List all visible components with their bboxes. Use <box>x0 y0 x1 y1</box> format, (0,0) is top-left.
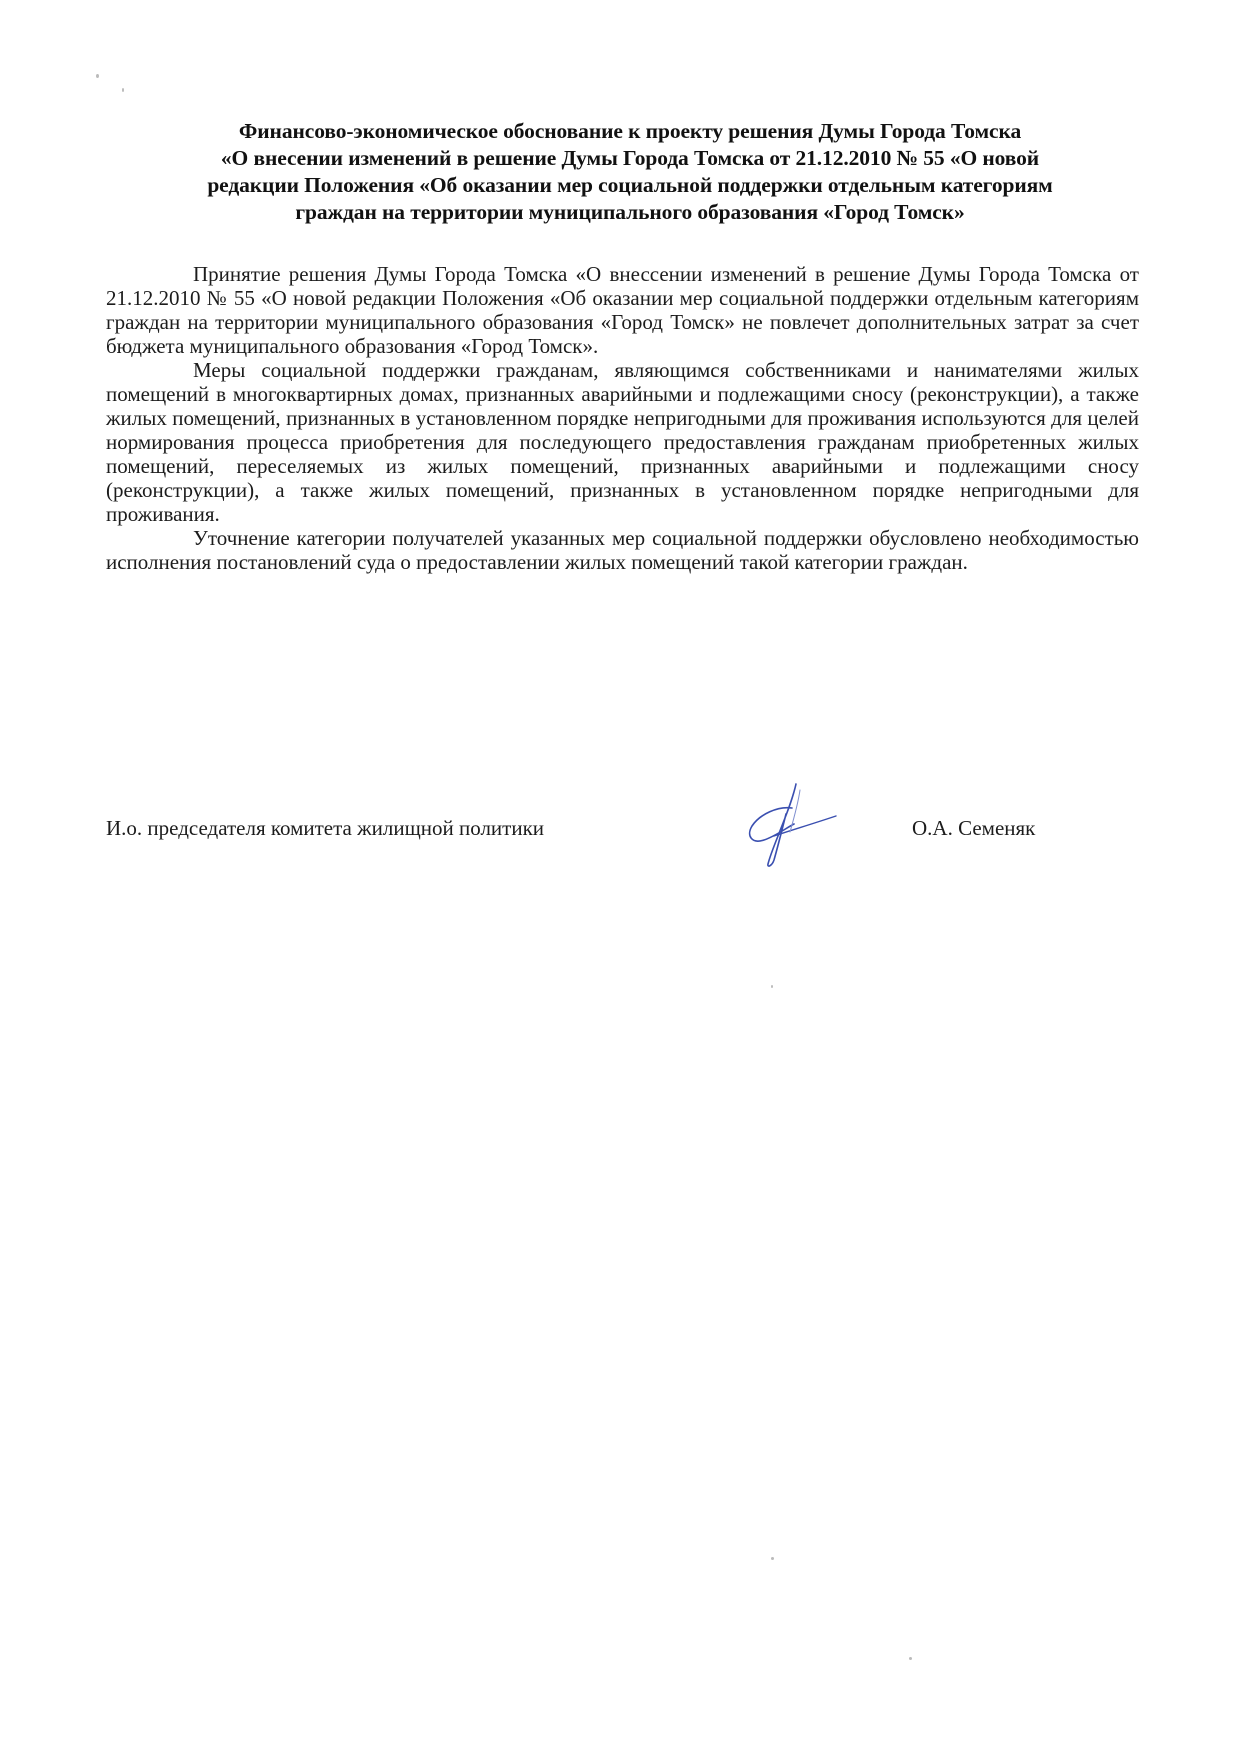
scan-speck <box>909 1657 912 1660</box>
title-line-2: «О внесении изменений в решение Думы Гор… <box>130 145 1130 172</box>
paragraph-category-clarification: Уточнение категории получателей указанны… <box>106 526 1139 574</box>
scan-speck <box>771 1557 774 1560</box>
signer-position: И.о. председателя комитета жилищной поли… <box>106 816 544 841</box>
paragraph-decision-no-costs: Принятие решения Думы Города Томска «О в… <box>106 262 1139 358</box>
document-body: Принятие решения Думы Города Томска «О в… <box>106 262 1139 574</box>
document-title: Финансово-экономическое обоснование к пр… <box>130 118 1130 226</box>
signature-block: И.о. председателя комитета жилищной поли… <box>106 808 1106 868</box>
scan-speck <box>122 88 124 92</box>
signer-name: О.А. Семеняк <box>912 816 1035 841</box>
paragraph-support-measures: Меры социальной поддержки гражданам, явл… <box>106 358 1139 526</box>
document-page: Финансово-экономическое обоснование к пр… <box>0 0 1240 1753</box>
title-line-3: редакции Положения «Об оказании мер соци… <box>130 172 1130 199</box>
scan-speck <box>96 74 99 78</box>
scan-speck <box>771 985 773 988</box>
handwritten-signature-icon <box>734 780 844 870</box>
title-line-1: Финансово-экономическое обоснование к пр… <box>130 118 1130 145</box>
title-line-4: граждан на территории муниципального обр… <box>130 199 1130 226</box>
